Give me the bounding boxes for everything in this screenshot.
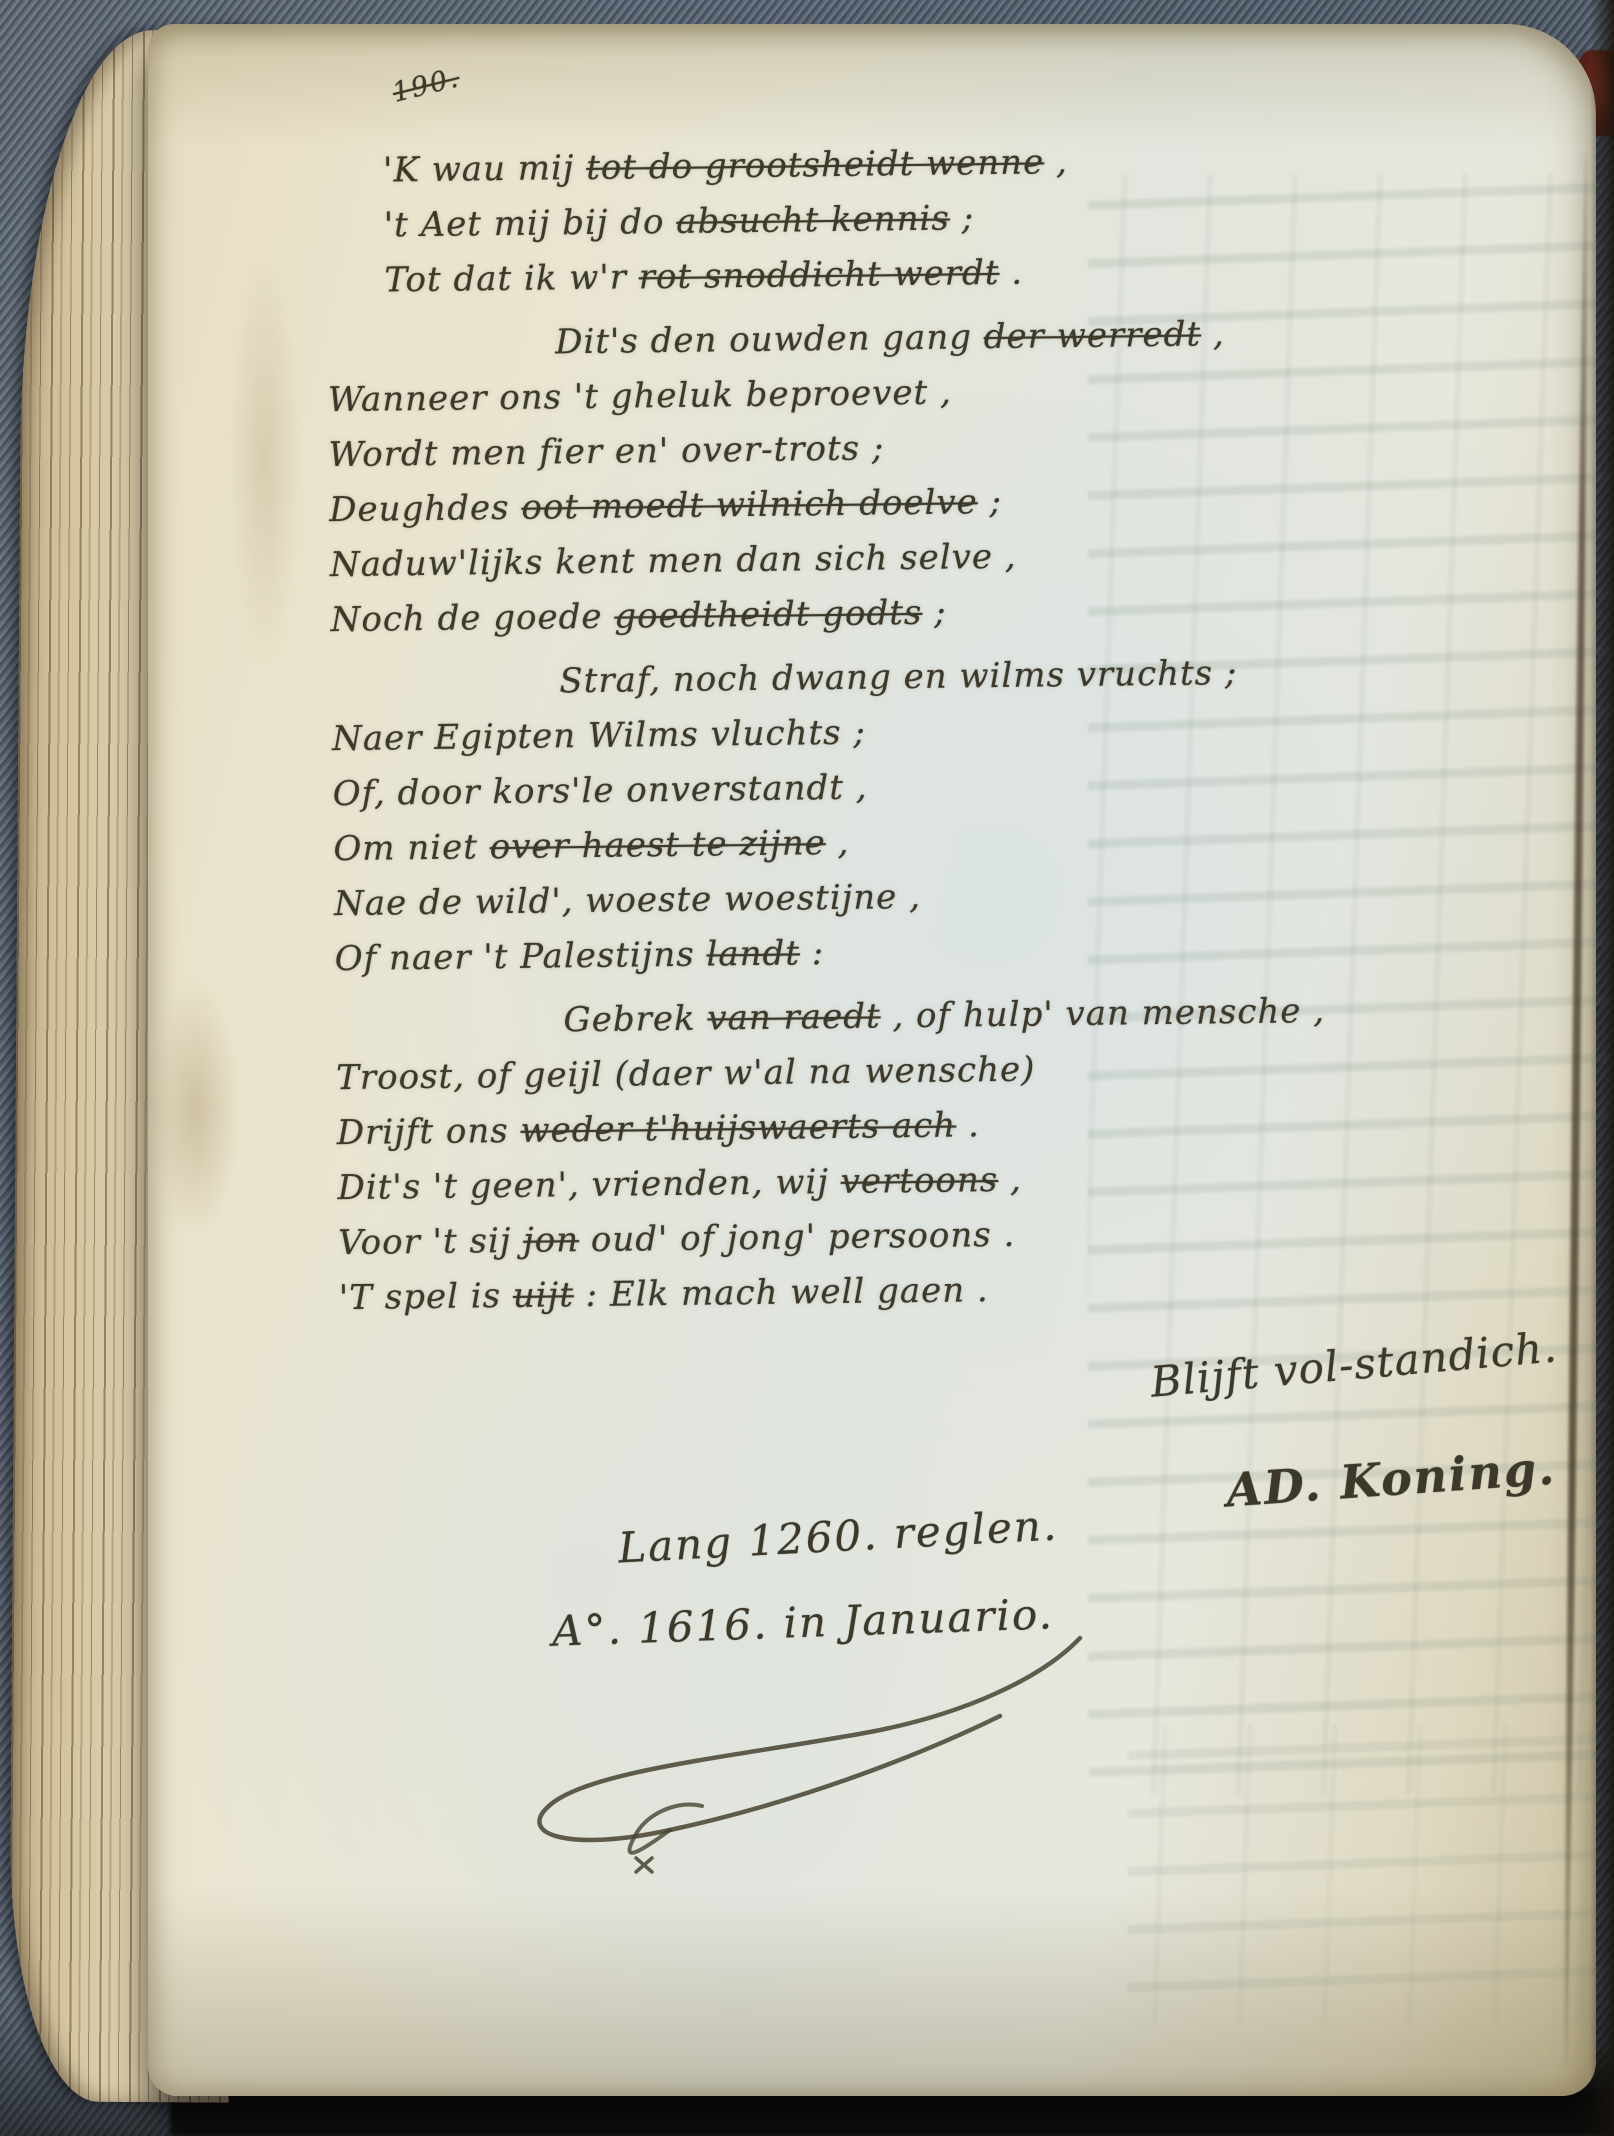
poem-line: Noch de goede goedtheidt godts ; (330, 581, 1331, 648)
poem-words: 'K wau mij (383, 148, 587, 190)
poem-words: Deughdes (329, 488, 522, 530)
poem-line: Dit's den ouwden gang der werredt , (555, 306, 1328, 370)
struck-words: vertoons (840, 1160, 998, 1202)
poem-words: Troost, of geijl (daer w'al na wensche) (336, 1050, 1036, 1099)
poem-text-block: 'K wau mij tot do grootsheidt wenne ,'t … (325, 132, 1339, 1326)
poem-words: 't Aet mij bij do (384, 202, 677, 246)
pen-flourish (440, 1620, 1160, 1880)
right-edge-shadow (1590, 0, 1614, 2136)
poem-words: 'T spel is (339, 1276, 513, 1318)
struck-words: van raedt (707, 996, 881, 1038)
poem-words: Om niet (333, 827, 490, 869)
paper-stain (150, 980, 240, 1240)
poem-words: , (998, 1160, 1022, 1200)
struck-words: uijt (513, 1275, 574, 1316)
poem-words: Noch de goede (330, 597, 614, 640)
poem-words: Naduw'lijks kent men dan sich selve , (330, 537, 1017, 585)
poem-line: Of naer 't Palestijns landt : (334, 920, 1335, 987)
poem-words: Wordt men fier en' over-trots ; (328, 428, 884, 475)
struck-words: der werredt (984, 314, 1202, 357)
poem-words: Naer Egipten Wilms vluchts ; (332, 713, 866, 760)
poem-words: Of naer 't Palestijns (335, 935, 707, 980)
poem-words: Of, door kors'le onverstandt , (333, 768, 868, 815)
photograph-of-manuscript-page: { "document": { "kind": "handwritten man… (0, 0, 1614, 2136)
poem-words: Gebrek (563, 999, 707, 1041)
struck-words: jon (523, 1220, 579, 1261)
struck-words: tot do grootsheidt wenne (586, 142, 1044, 188)
poem-words: ; (922, 593, 947, 633)
struck-words: goedtheidt godts (614, 593, 922, 637)
poem-words: , (1044, 142, 1068, 182)
struck-words: over haest te zijne (489, 823, 825, 867)
poem-words: . (956, 1105, 980, 1145)
struck-words: rot snoddicht werdt (639, 253, 1000, 297)
poem-words: : Elk mach well gaen . (574, 1270, 989, 1315)
struck-words: oot moedt wilnich doelve (521, 482, 978, 528)
poem-words: Tot dat ik w'r (384, 257, 639, 300)
poem-words: . (999, 253, 1023, 293)
poem-words: : (800, 933, 825, 973)
poem-words: , (1201, 314, 1225, 354)
poem-words: oud' of jong' persoons . (579, 1215, 1016, 1260)
poem-words: Drijft ons (337, 1111, 521, 1153)
poem-words: Wanneer ons 't gheluk beproevet , (328, 373, 952, 421)
poem-words: ; (950, 198, 975, 238)
poem-line: Tot dat ik w'r rot snoddicht werdt . (384, 242, 1327, 309)
poem-words: , of hulp' van mensche , (880, 991, 1325, 1036)
poem-words: ; (977, 482, 1002, 522)
struck-words: weder t'huijswaerts ach (520, 1106, 956, 1151)
poem-words: , (825, 823, 849, 863)
poem-words: Dit's den ouwden gang (555, 317, 984, 362)
verso-ink-show-through (1128, 1724, 1614, 2024)
poem-words: Voor 't sij (338, 1221, 523, 1263)
poem-words: Straf, noch dwang en wilms vruchts ; (559, 653, 1237, 701)
struck-words: absucht kennis (676, 199, 950, 242)
paper-stain (230, 250, 300, 670)
struck-words: landt (706, 933, 800, 974)
poem-line: Straf, noch dwang en wilms vruchts ; (559, 645, 1332, 709)
poem-words: Nae de wild', woeste woestijne , (334, 877, 921, 924)
poem-words: Dit's 't geen', vrienden, wij (337, 1162, 841, 1208)
poem-line: Gebrek van raedt , of hulp' van mensche … (563, 984, 1336, 1048)
